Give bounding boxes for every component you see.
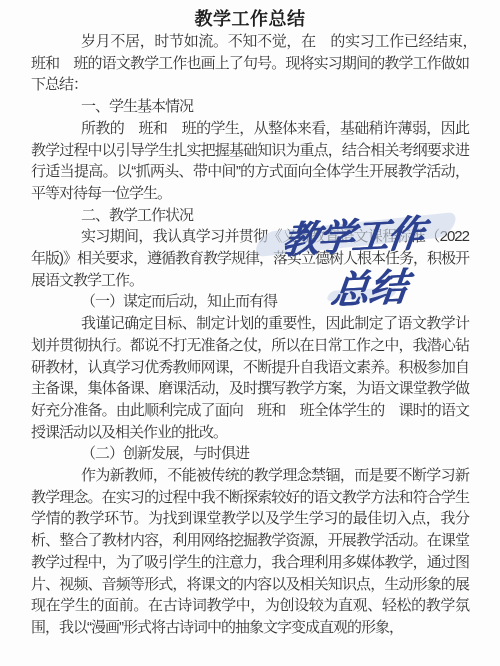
subsection-2-paragraph: 作为新教师，不能被传统的教学理念禁锢，而是要不断学习新教学理念。在实习的过程中我… — [31, 465, 469, 639]
document-title: 教学工作总结 — [0, 5, 500, 31]
intro-paragraph: 岁月不居，时节如流。不知不觉，在 的实习工作已经结束， 班和 班的语文教学工作也… — [31, 31, 469, 96]
section-1-paragraph: 所教的 班和 班的学生，从整体来看，基础稍许薄弱，因此教学过程中以引导学生扎实把… — [31, 118, 469, 205]
section-2-heading: 二、教学工作状况 — [31, 205, 469, 227]
subsection-1-heading: （一）谋定而后动，知止而有得 — [31, 291, 469, 313]
document-body: 岁月不居，时节如流。不知不觉，在 的实习工作已经结束， 班和 班的语文教学工作也… — [31, 31, 469, 639]
subsection-2-heading: （二）创新发展，与时俱进 — [31, 443, 469, 465]
section-2-paragraph: 实习期间，我认真学习并贯彻《义务教育语文课程标准（2022年版)》相关要求，遵循… — [31, 226, 469, 291]
subsection-1-paragraph: 我谨记确定目标、制定计划的重要性，因此制定了语文教学计划并贯彻执行。都说不打无准… — [31, 313, 469, 443]
section-1-heading: 一、学生基本情况 — [31, 96, 469, 118]
summary-document-page: 教学工作总结 岁月不居，时节如流。不知不觉，在 的实习工作已经结束， 班和 班的… — [0, 0, 500, 666]
